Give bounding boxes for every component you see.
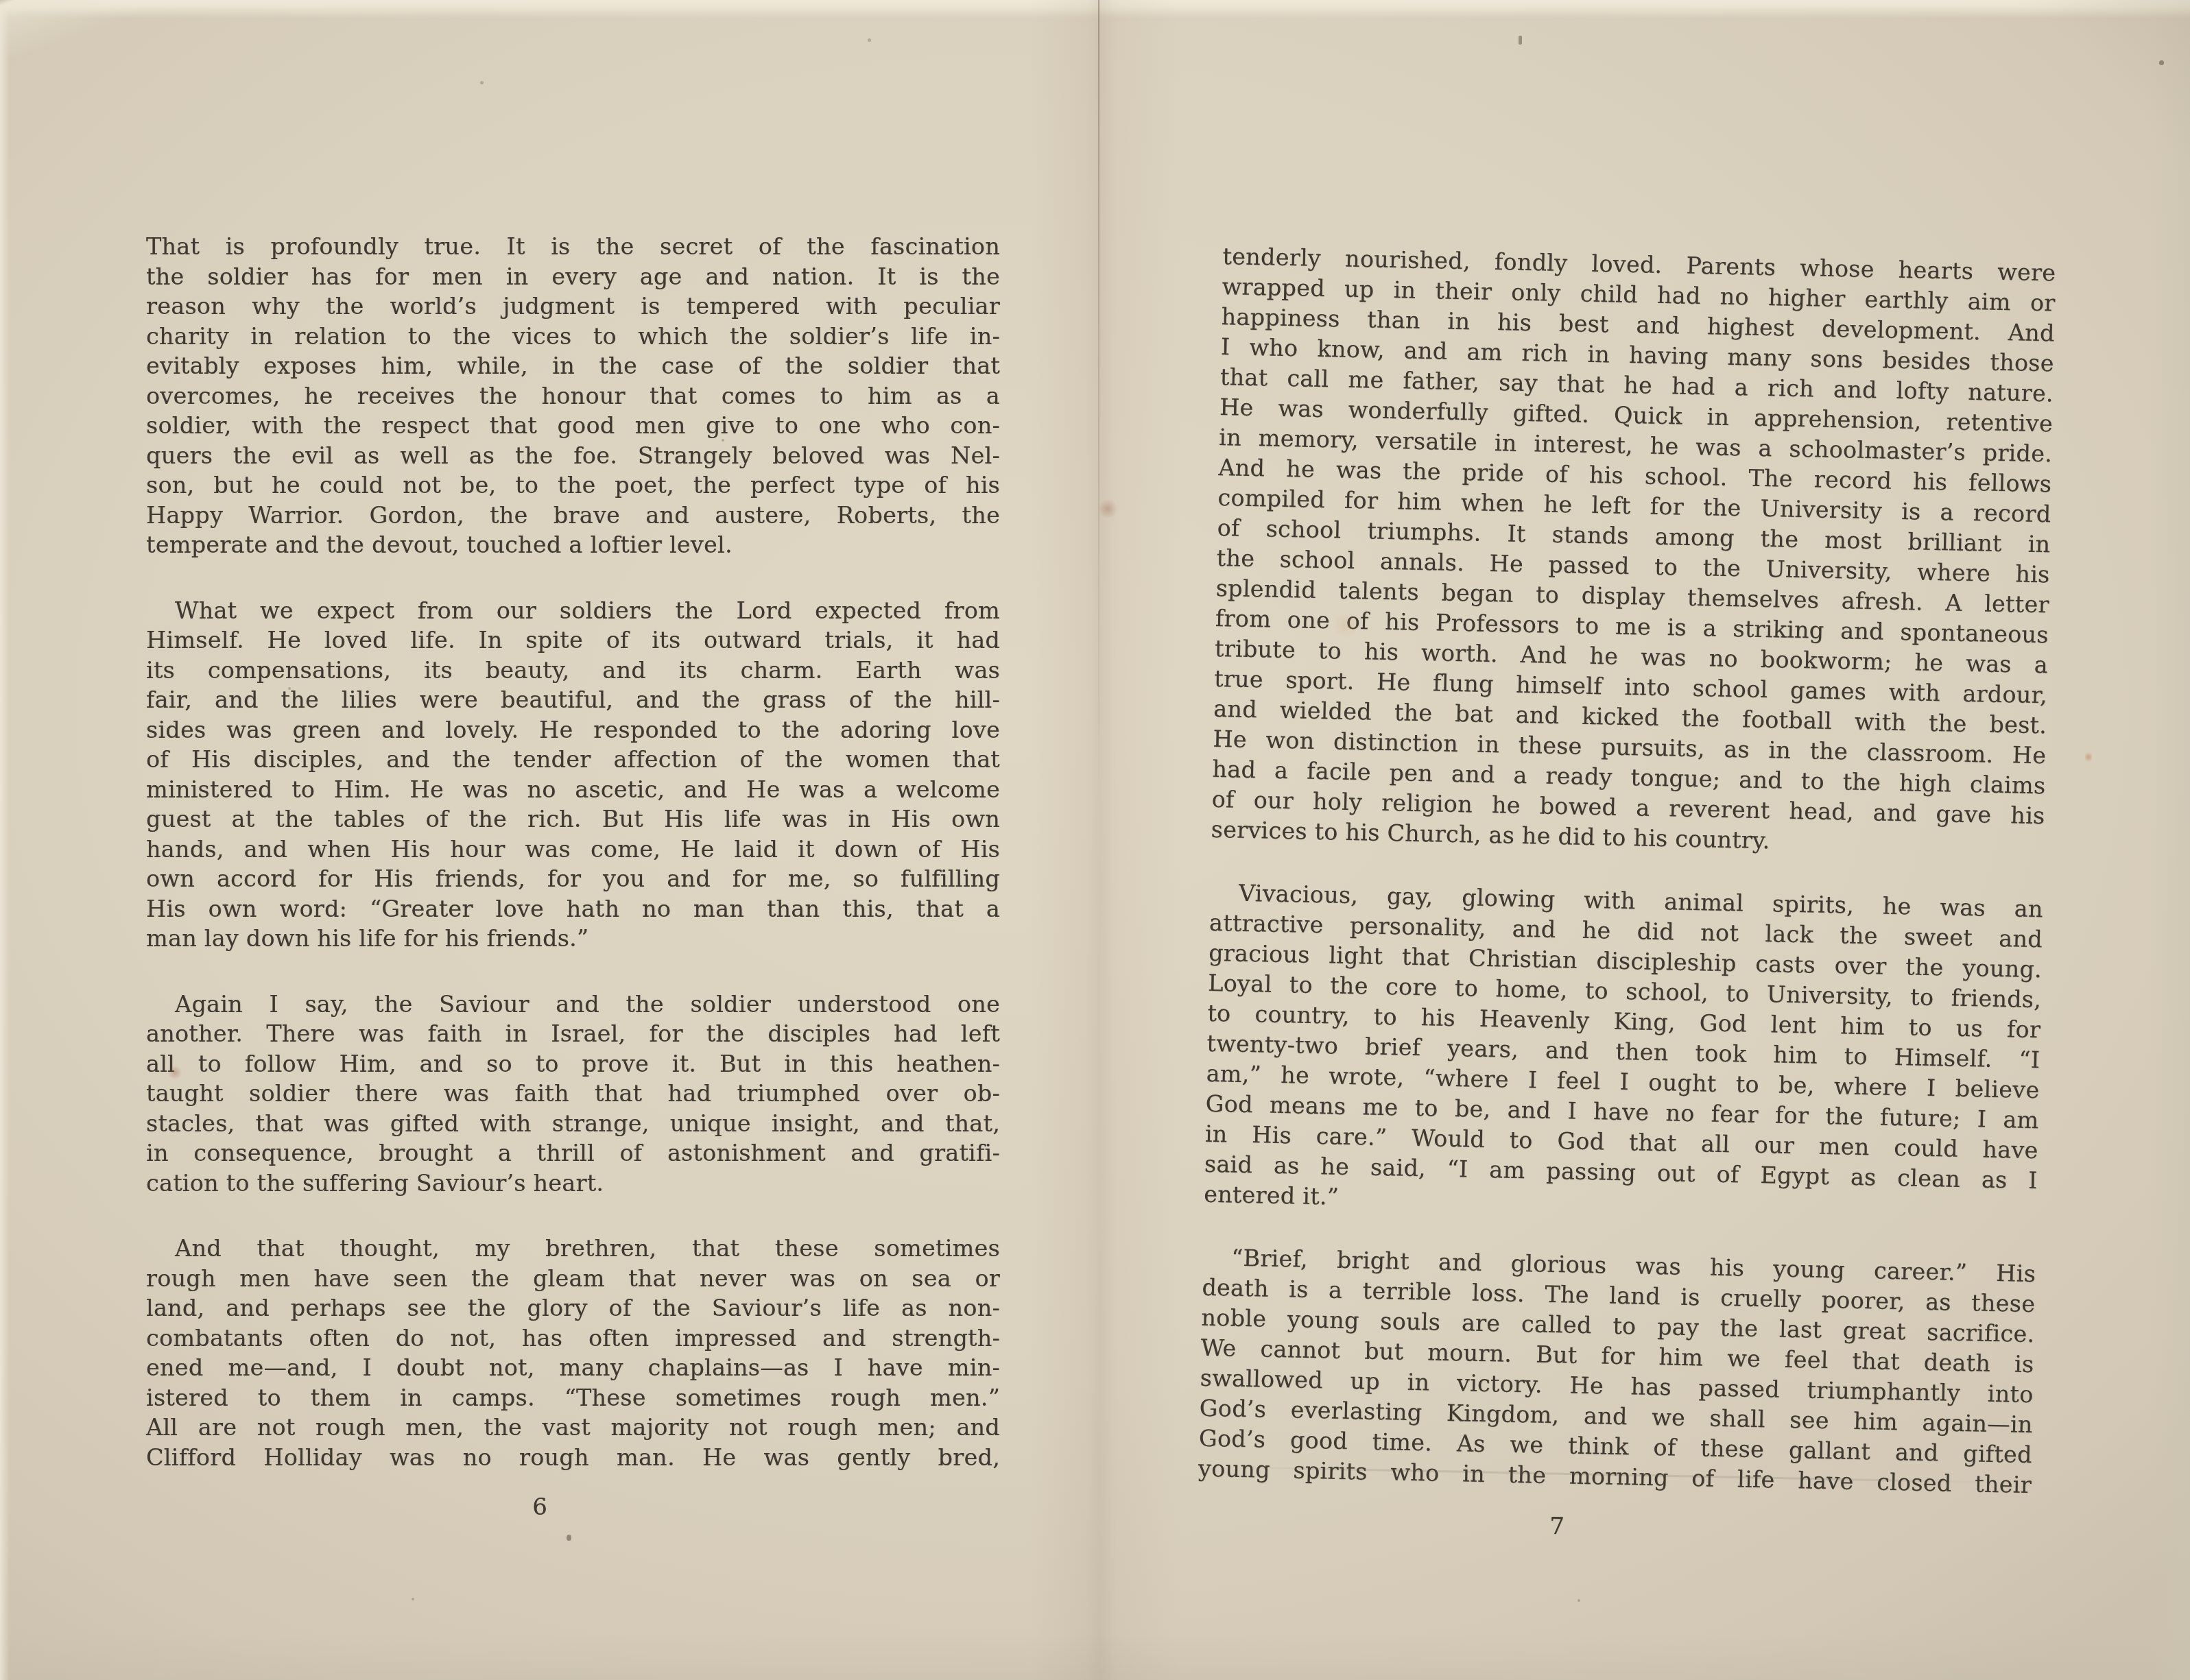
text-line: Happy Warrior. Gordon, the brave and aus… [146, 501, 1000, 531]
text-line: man lay down his life for his friends.” [146, 924, 1000, 954]
paper-speck [1519, 36, 1522, 45]
text-line: taught soldier there was faith that had … [146, 1079, 1000, 1109]
text-line: And that thought, my brethren, that thes… [146, 1234, 1000, 1264]
page-corner-shade-top-left [0, 0, 151, 62]
paper-speck [567, 1535, 571, 1541]
text-line: land, and perhaps see the glory of the S… [146, 1293, 1000, 1323]
text-line: fair, and the lilies were beautiful, and… [146, 685, 1000, 715]
text-line: ened me—and, I doubt not, many chaplains… [146, 1353, 1000, 1383]
paragraph: Again I say, the Saviour and the soldier… [146, 989, 1000, 1199]
paper-speck [2159, 60, 2164, 65]
text-line: His own word: “Greater love hath no man … [146, 894, 1000, 924]
text-line: hands, and when His hour was come, He la… [146, 835, 1000, 865]
text-line: evitably exposes him, while, in the case… [146, 351, 1000, 381]
paper-speck [1578, 1599, 1580, 1602]
page-number-right: 7 [1536, 1512, 1578, 1540]
text-line: reason why the world’s judgment is tempe… [146, 291, 1000, 322]
text-line: all to follow Him, and so to prove it. B… [146, 1049, 1000, 1079]
text-line: of His disciples, and the tender affecti… [146, 745, 1000, 775]
text-line: temperate and the devout, touched a loft… [146, 530, 1000, 560]
gutter-fold-line [1098, 0, 1099, 809]
scanned-book-spread: That is profoundly true. It is the secre… [0, 0, 2190, 1680]
text-line: stacles, that was gifted with strange, u… [146, 1109, 1000, 1139]
text-line: All are not rough men, the vast majority… [146, 1413, 1000, 1443]
paragraph: And that thought, my brethren, that thes… [146, 1234, 1000, 1472]
page-corner-shade-top-right [1984, 0, 2190, 178]
text-line: ministered to Him. He was no ascetic, an… [146, 775, 1000, 805]
text-line: guest at the tables of the rich. But His… [146, 804, 1000, 835]
text-line: What we expect from our soldiers the Lor… [146, 596, 1000, 626]
text-line: Again I say, the Saviour and the soldier… [146, 989, 1000, 1020]
text-line: istered to them in camps. “These sometim… [146, 1383, 1000, 1413]
text-line: soldier, with the respect that good men … [146, 411, 1000, 441]
text-line: overcomes, he receives the honour that c… [146, 381, 1000, 411]
paper-stain [2085, 752, 2092, 763]
text-line: son, but he could not be, to the poet, t… [146, 470, 1000, 501]
paragraph: “Brief, bright and glorious was his youn… [1198, 1243, 2036, 1500]
paragraph: That is profoundly true. It is the secre… [146, 232, 1000, 560]
paragraph: What we expect from our soldiers the Lor… [146, 596, 1000, 954]
text-line: quers the evil as well as the foe. Stran… [146, 441, 1000, 471]
text-line: cation to the suffering Saviour’s heart. [146, 1168, 1000, 1199]
paper-speck [480, 81, 484, 84]
page-left-text: That is profoundly true. It is the secre… [146, 232, 1000, 1508]
book-gutter-shadow [1029, 0, 1180, 1680]
paper-speck [868, 38, 871, 42]
text-line: Himself. He loved life. In spite of its … [146, 625, 1000, 656]
paragraph: tenderly nourished, fondly loved. Parent… [1211, 241, 2056, 861]
text-line: sides was green and lovely. He responded… [146, 715, 1000, 745]
text-line: another. There was faith in Israel, for … [146, 1019, 1000, 1049]
text-line: rough men have seen the gleam that never… [146, 1264, 1000, 1294]
text-line: charity in relation to the vices to whic… [146, 322, 1000, 352]
paper-speck [412, 1598, 414, 1600]
paragraph: Vivacious, gay, glowing with animal spir… [1204, 878, 2043, 1226]
paper-stain [1097, 499, 1118, 518]
text-line: its compensations, its beauty, and its c… [146, 656, 1000, 686]
text-line: the soldier has for men in every age and… [146, 262, 1000, 292]
text-line: That is profoundly true. It is the secre… [146, 232, 1000, 262]
text-line: in consequence, brought a thrill of asto… [146, 1138, 1000, 1168]
page-number-left: 6 [519, 1493, 560, 1521]
text-line: Clifford Holliday was no rough man. He w… [146, 1443, 1000, 1473]
text-line: combatants often do not, has often impre… [146, 1323, 1000, 1354]
page-right-text: tenderly nourished, fondly loved. Parent… [1198, 241, 2056, 1533]
text-line: own accord for His friends, for you and … [146, 864, 1000, 894]
